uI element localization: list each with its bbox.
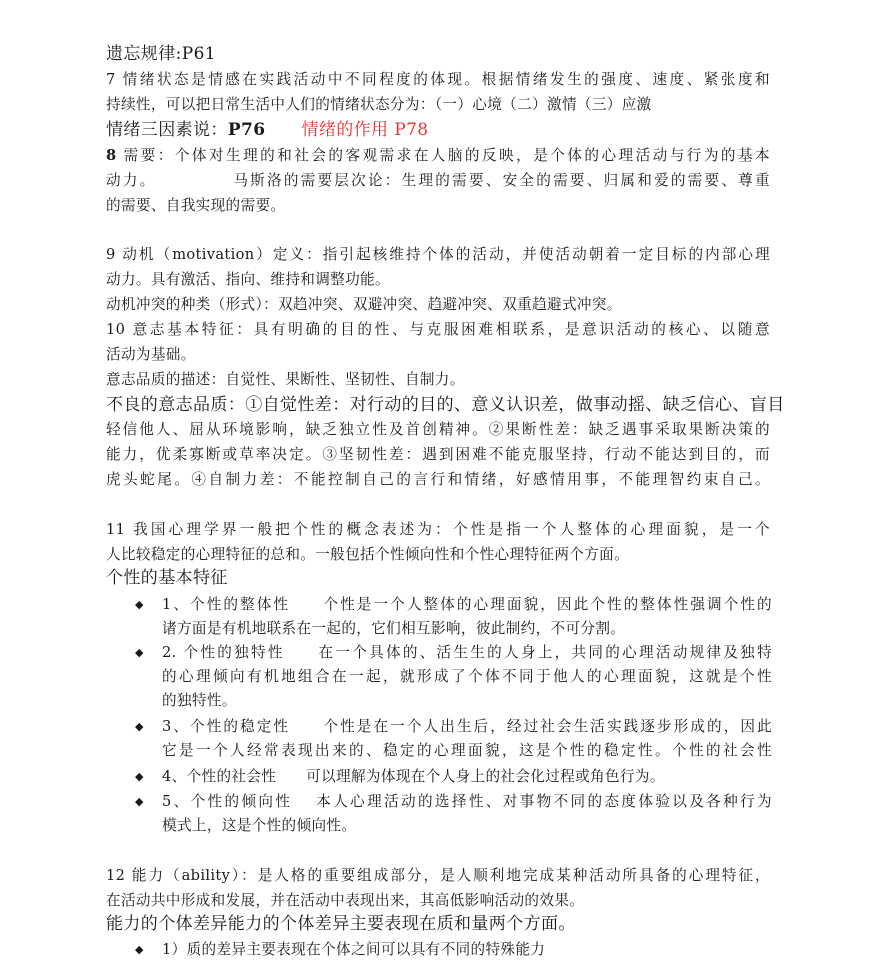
bullet-icon: ◆ bbox=[135, 643, 143, 663]
feature-wholeness-line-1: 1、个性的整体性 个性是一个人整体的心理面貌，因此个性的整体性强调个性的 bbox=[162, 595, 772, 615]
forgetting-law-line: 遗忘规律:P61 bbox=[106, 44, 216, 64]
emotion-function-ref: 情绪的作用 P78 bbox=[301, 120, 428, 140]
feature-stability-line-1: 3、个性的稳定性 个性是在一个人出生后，经过社会生活实践逐步形成的，因此 bbox=[162, 717, 772, 737]
motivation-line-2: 动力。具有激活、指向、维持和调整功能。 bbox=[106, 270, 390, 290]
feature-stability-line-2: 它是一个人经常表现出来的、稳定的心理面貌，这是个性的稳定性。个性的社会性 bbox=[162, 741, 772, 761]
document-page: 遗忘规律:P61 7 情绪状态是情感在实践活动中不同程度的体现。根据情绪发生的强… bbox=[0, 0, 870, 965]
feature-tendency-line-1: 5、个性的倾向性 本人心理活动的选择性、对事物不同的态度体验以及各种行为 bbox=[162, 792, 772, 812]
bad-will-line-1: 不良的意志品质：①自觉性差：对行动的目的、意义认识差，做事动摇、缺乏信心、盲目 bbox=[106, 395, 770, 415]
emotion-state-line-2: 持续性，可以把日常生活中人们的情绪状态分为：（一）心境（二）激情（三）应激 bbox=[106, 95, 652, 115]
feature-uniqueness-line-2: 的心理倾向有机地组合在一起，就形成了个体不同于他人的心理面貌，这就是个性 bbox=[162, 667, 772, 687]
feature-uniqueness-line-3: 的独特性。 bbox=[162, 691, 237, 711]
feature-sociality-line: 4、个性的社会性 可以理解为体现在个人身上的社会化过程或角色行为。 bbox=[162, 767, 665, 787]
personality-line-1: 11 我国心理学界一般把个性的概念表述为：个性是指一个人整体的心理面貌，是一个 bbox=[106, 520, 770, 540]
bullet-icon: ◆ bbox=[135, 792, 143, 812]
emotion-three-factor-line: 情绪三因素说：P76情绪的作用 P78 bbox=[106, 120, 429, 140]
need-line-2: 动力。 马斯洛的需要层次论：生理的需要、安全的需要、归属和爱的需要、尊重 bbox=[106, 171, 770, 191]
feature-tendency-line-2: 模式上，这是个性的倾向性。 bbox=[162, 816, 356, 836]
ability-difference-heading: 能力的个体差异能力的个体差异主要表现在质和量两个方面。 bbox=[106, 914, 576, 934]
personality-line-2: 人比较稳定的心理特征的总和。一般包括个性倾向性和个性心理特征两个方面。 bbox=[106, 545, 629, 565]
motivation-conflict-line: 动机冲突的种类（形式）：双趋冲突、双避冲突、趋避冲突、双重趋避式冲突。 bbox=[106, 295, 622, 315]
bullet-icon: ◆ bbox=[135, 940, 143, 960]
feature-uniqueness-line-1: 2. 个性的独特性 在一个具体的、活生生的人身上，共同的心理活动规律及独特 bbox=[162, 643, 772, 663]
will-feature-line-2: 活动为基础。 bbox=[106, 345, 196, 365]
motivation-line-1: 9 动机（motivation）定义：指引起核维持个体的活动，并使活动朝着一定目… bbox=[106, 245, 770, 265]
need-line-3: 的需要、自我实现的需要。 bbox=[106, 196, 285, 216]
section-number-8: 8 bbox=[106, 147, 117, 164]
bullet-icon: ◆ bbox=[135, 595, 143, 615]
personality-features-heading: 个性的基本特征 bbox=[106, 568, 228, 588]
ability-quality-difference-line: 1）质的差异主要表现在个体之间可以具有不同的特殊能力 bbox=[162, 940, 545, 960]
bad-will-line-4: 虎头蛇尾。④自制力差：不能控制自己的言行和情绪，好感情用事，不能理智约束自己。 bbox=[106, 470, 770, 490]
bad-will-line-2: 轻信他人、屈从环境影响，缺乏独立性及首创精神。②果断性差：缺乏遇事采取果断决策的 bbox=[106, 420, 770, 440]
emotion-state-line-1: 7 情绪状态是情感在实践活动中不同程度的体现。根据情绪发生的强度、速度、紧张度和 bbox=[106, 70, 770, 90]
will-quality-line: 意志品质的描述：自觉性、果断性、坚韧性、自制力。 bbox=[106, 370, 465, 390]
need-line-1: 8 需要：个体对生理的和社会的客观需求在人脑的反映，是个体的心理活动与行为的基本 bbox=[106, 146, 770, 166]
will-feature-line-1: 10 意志基本特征：具有明确的目的性、与克服困难相联系，是意识活动的核心、以随意 bbox=[106, 320, 770, 340]
page-ref-p76: P76 bbox=[228, 120, 266, 140]
bad-will-line-3: 能力，优柔寡断或草率决定。③坚韧性差：遇到困难不能克服坚持，行动不能达到目的，而 bbox=[106, 445, 770, 465]
need-definition: 需要：个体对生理的和社会的客观需求在人脑的反映，是个体的心理活动与行为的基本 bbox=[117, 147, 770, 164]
bullet-icon: ◆ bbox=[135, 767, 143, 787]
ability-line-1: 12 能力（ability）：是人格的重要组成部分，是人顺利地完成某种活动所具备… bbox=[106, 866, 770, 886]
ability-line-2: 在活动共中形成和发展，并在活动中表现出来，其高低影响活动的效果。 bbox=[106, 891, 584, 911]
feature-wholeness-line-2: 诸方面是有机地联系在一起的，它们相互影响，彼此制约，不可分割。 bbox=[162, 619, 625, 639]
bullet-icon: ◆ bbox=[135, 717, 143, 737]
three-factor-label: 情绪三因素说： bbox=[106, 120, 228, 140]
